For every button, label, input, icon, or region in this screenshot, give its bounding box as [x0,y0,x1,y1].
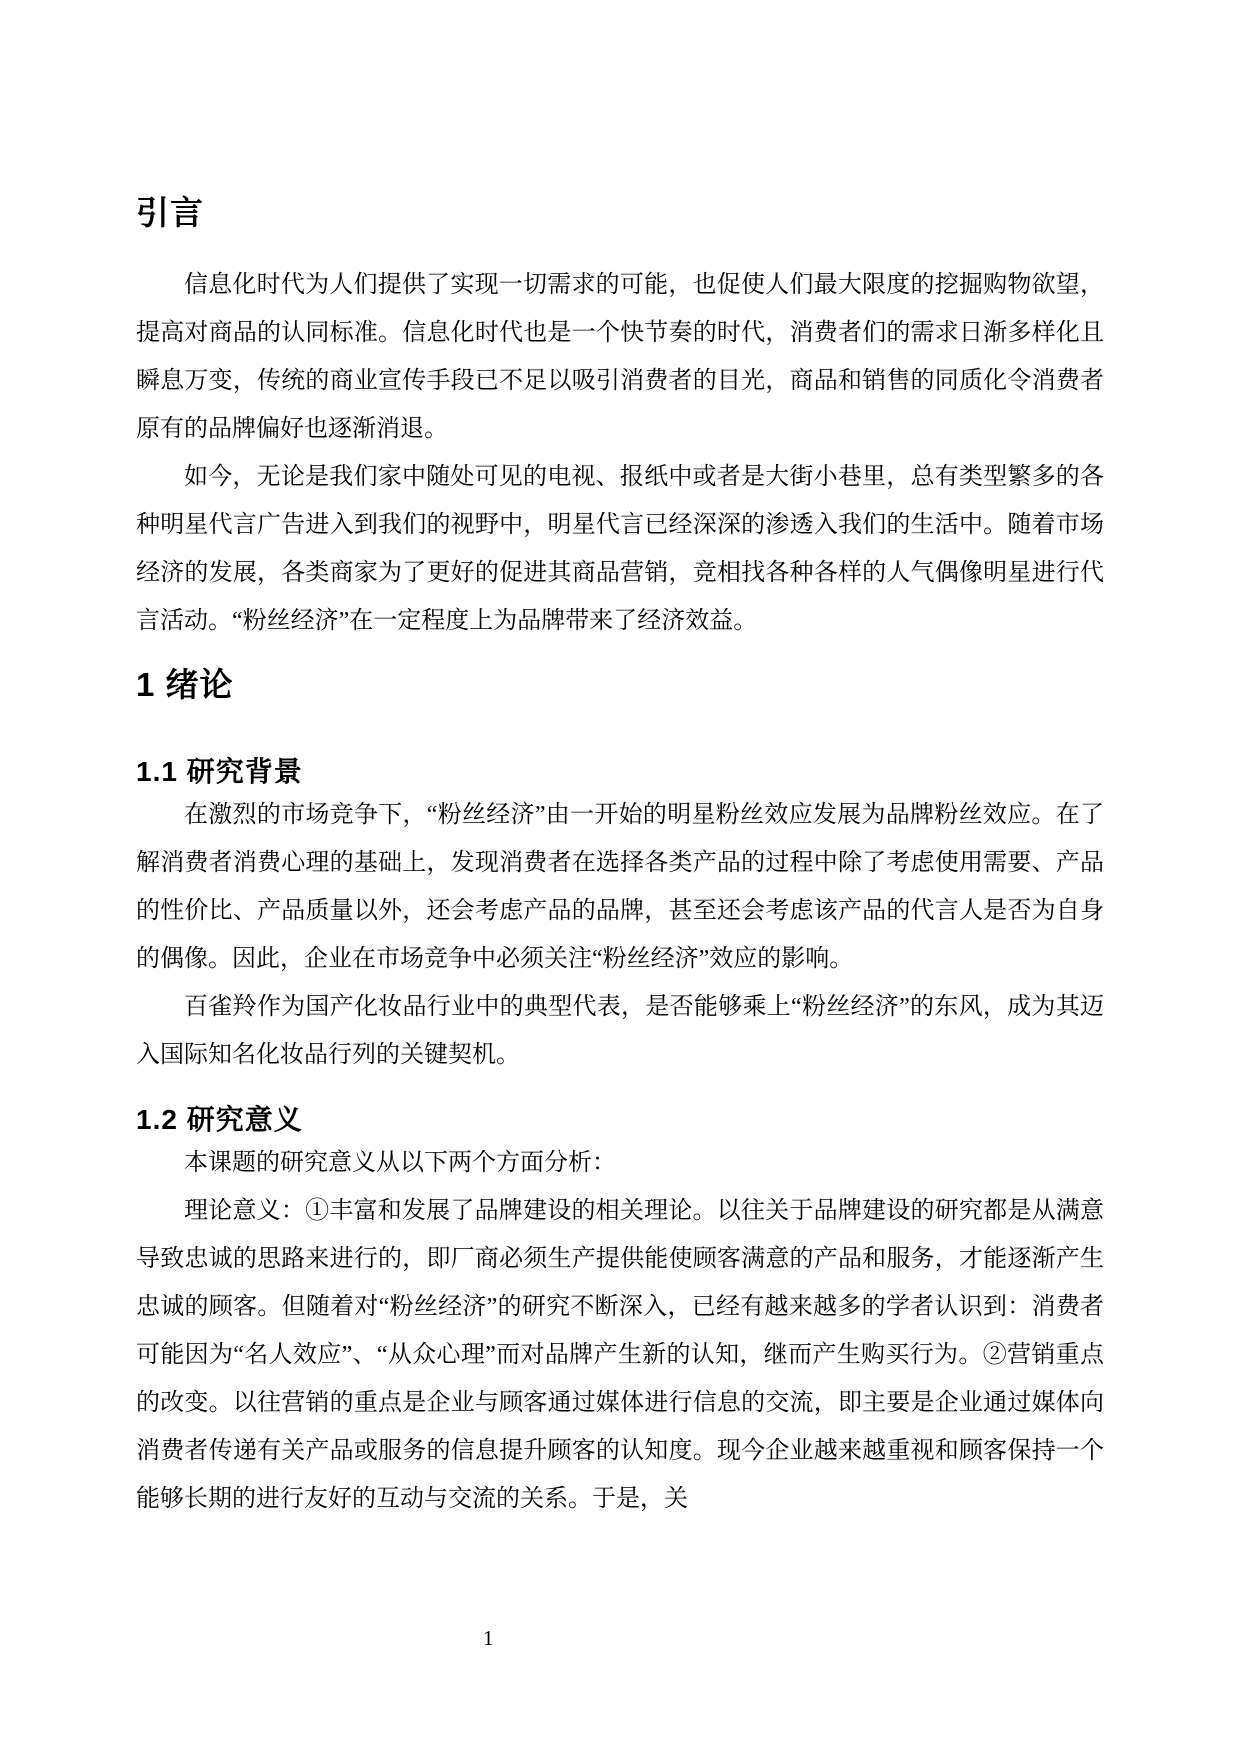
page-number: 1 [483,1626,494,1650]
section-1-2-paragraph-1: 本课题的研究意义从以下两个方面分析： [136,1139,1104,1187]
intro-paragraph-2: 如今，无论是我们家中随处可见的电视、报纸中或者是大街小巷里，总有类型繁多的各种明… [136,453,1104,645]
section-1-1-paragraph-2: 百雀羚作为国产化妆品行业中的典型代表，是否能够乘上“粉丝经济”的东风，成为其迈入… [136,983,1104,1079]
section-1-2-heading: 1.2 研究意义 [136,1101,1104,1139]
chapter-1-heading: 1 绪论 [136,663,1104,707]
intro-paragraph-1: 信息化时代为人们提供了实现一切需求的可能，也促使人们最大限度的挖掘购物欲望，提高… [136,261,1104,453]
page-content: 引言 信息化时代为人们提供了实现一切需求的可能，也促使人们最大限度的挖掘购物欲望… [136,191,1104,1523]
intro-heading: 引言 [136,191,1104,235]
document-page: 引言 信息化时代为人们提供了实现一切需求的可能，也促使人们最大限度的挖掘购物欲望… [0,0,1240,1754]
section-1-1-heading: 1.1 研究背景 [136,753,1104,791]
section-1-2-paragraph-2: 理论意义：①丰富和发展了品牌建设的相关理论。以往关于品牌建设的研究都是从满意导致… [136,1187,1104,1523]
section-1-1-paragraph-1: 在激烈的市场竞争下，“粉丝经济”由一开始的明星粉丝效应发展为品牌粉丝效应。在了解… [136,791,1104,983]
